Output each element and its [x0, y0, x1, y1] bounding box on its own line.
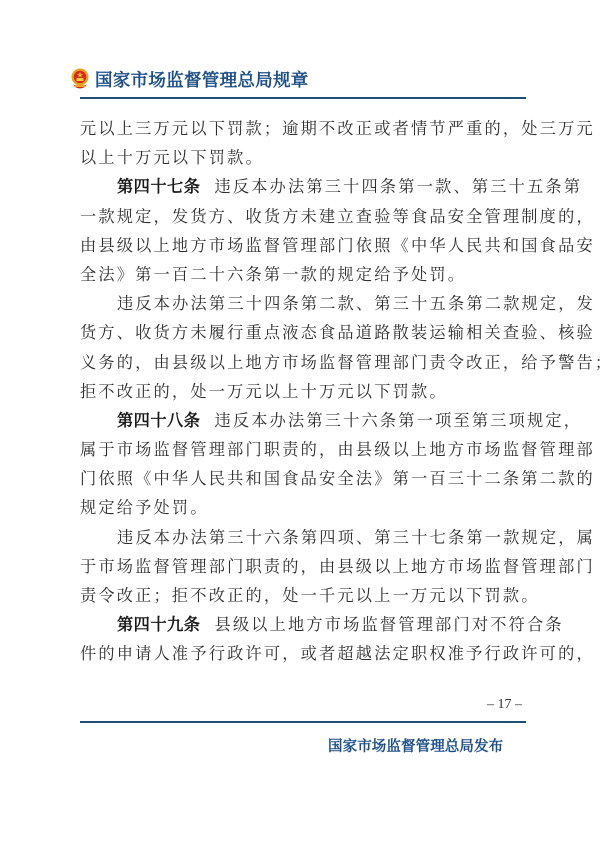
article-number: 第四十七条 — [117, 177, 200, 196]
text-line: 一款规定，发货方、收货方未建立查验等食品安全管理制度的， — [80, 202, 540, 231]
article-line: 第四十九条县级以上地方市场监督管理部门对不符合条 — [80, 610, 540, 639]
footer-divider — [80, 721, 526, 723]
line-text: 全法》第一百二十六条第一款的规定给予处罚。 — [80, 265, 466, 284]
text-line: 规定给予处罚。 — [80, 493, 540, 522]
text-line: 违反本办法第三十四条第二款、第三十五条第二款规定，发 — [80, 289, 540, 318]
line-text: 属于市场监督管理部门职责的，由县级以上地方市场监督管理部 — [80, 440, 595, 459]
line-text: 责令改正；拒不改正的，处一千元以上一万元以下罚款。 — [80, 586, 540, 605]
footer-publisher: 国家市场监督管理总局发布 — [328, 735, 503, 756]
text-line: 件的申请人准予行政许可，或者超越法定职权准予行政许可的， — [80, 639, 540, 668]
text-line: 以上十万元以下罚款。 — [80, 143, 540, 172]
line-text: 县级以上地方市场监督管理部门对不符合条 — [214, 615, 563, 634]
article-line: 第四十七条违反本办法第三十四条第一款、第三十五条第 — [80, 172, 540, 201]
line-text: 由县级以上地方市场监督管理部门依照《中华人民共和国食品安 — [80, 236, 595, 255]
line-text: 门依照《中华人民共和国食品安全法》第一百三十二条第二款的 — [80, 469, 595, 488]
national-emblem-icon — [70, 68, 90, 90]
text-line: 拒不改正的，处一万元以上十万元以下罚款。 — [80, 377, 540, 406]
line-text: 货方、收货方未履行重点液态食品道路散装运输相关查验、核验 — [80, 323, 595, 342]
line-text: 一款规定，发货方、收货方未建立查验等食品安全管理制度的， — [80, 207, 595, 226]
document-body: 元以上三万元以下罚款；逾期不改正或者情节严重的，处三万元以上十万元以下罚款。第四… — [80, 114, 540, 669]
text-line: 全法》第一百二十六条第一款的规定给予处罚。 — [80, 260, 540, 289]
line-text: 义务的，由县级以上地方市场监督管理部门责令改正，给予警告； — [80, 353, 600, 372]
text-line: 义务的，由县级以上地方市场监督管理部门责令改正，给予警告； — [80, 348, 540, 377]
text-line: 元以上三万元以下罚款；逾期不改正或者情节严重的，处三万元 — [80, 114, 540, 143]
header-divider — [80, 97, 526, 99]
text-line: 由县级以上地方市场监督管理部门依照《中华人民共和国食品安 — [80, 231, 540, 260]
line-text: 元以上三万元以下罚款；逾期不改正或者情节严重的，处三万元 — [80, 119, 595, 138]
text-line: 违反本办法第三十六条第四项、第三十七条第一款规定，属 — [80, 523, 540, 552]
line-text: 拒不改正的，处一万元以上十万元以下罚款。 — [80, 382, 448, 401]
article-number: 第四十八条 — [117, 411, 200, 430]
article-line: 第四十八条违反本办法第三十六条第一项至第三项规定， — [80, 406, 540, 435]
header-title: 国家市场监督管理总局规章 — [95, 67, 309, 92]
text-line: 责令改正；拒不改正的，处一千元以上一万元以下罚款。 — [80, 581, 540, 610]
line-text: 件的申请人准予行政许可，或者超越法定职权准予行政许可的， — [80, 644, 595, 663]
line-text: 以上十万元以下罚款。 — [80, 148, 264, 167]
line-text: 违反本办法第三十四条第一款、第三十五条第 — [214, 177, 582, 196]
article-number: 第四十九条 — [117, 615, 200, 634]
text-line: 属于市场监督管理部门职责的，由县级以上地方市场监督管理部 — [80, 435, 540, 464]
page-number: – 17 – — [487, 697, 522, 713]
line-text: 违反本办法第三十四条第二款、第三十五条第二款规定，发 — [117, 294, 595, 313]
line-text: 违反本办法第三十六条第四项、第三十七条第一款规定，属 — [117, 528, 595, 547]
text-line: 货方、收货方未履行重点液态食品道路散装运输相关查验、核验 — [80, 318, 540, 347]
line-text: 违反本办法第三十六条第一项至第三项规定， — [214, 411, 582, 430]
line-text: 规定给予处罚。 — [80, 498, 209, 517]
text-line: 于市场监督管理部门职责的，由县级以上地方市场监督管理部门 — [80, 552, 540, 581]
page-header: 国家市场监督管理总局规章 — [70, 64, 309, 94]
line-text: 于市场监督管理部门职责的，由县级以上地方市场监督管理部门 — [80, 557, 595, 576]
text-line: 门依照《中华人民共和国食品安全法》第一百三十二条第二款的 — [80, 464, 540, 493]
